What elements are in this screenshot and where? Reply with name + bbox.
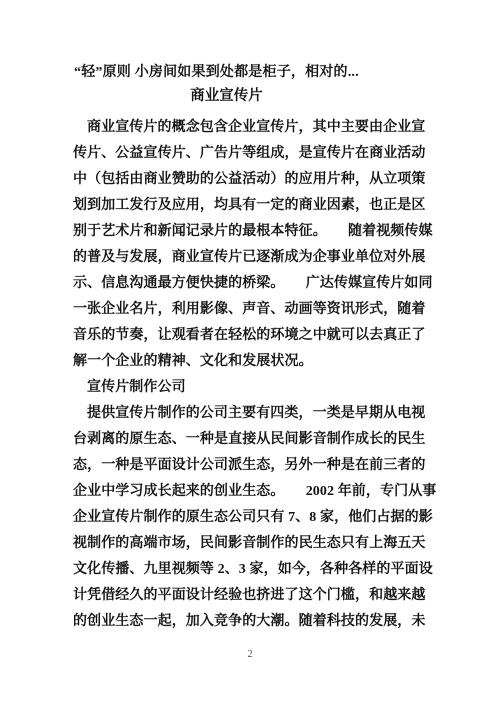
body-line: 台剥离的原生态、一种是直接从民间影音制作成长的民生 (73, 427, 437, 453)
page-number: 2 (0, 649, 500, 660)
paragraph-1: 商业宣传片的概念包含企业宣传片，其中主要由企业宣 传片、公益宣传片、广告片等组成… (73, 115, 437, 375)
body-line: 的普及与发展，商业宣传片已逐渐成为企事业单位对外展 (73, 245, 437, 271)
body-line: 示、信息沟通最方便快捷的桥梁。 广达传媒宣传片如同 (73, 271, 437, 297)
body-line: 态，一种是平面设计公司派生态，另外一种是在前三者的 (73, 453, 437, 479)
body-line: 别于艺术片和新闻记录片的最根本特征。 随着视频传媒 (73, 219, 437, 245)
paragraph-2: 提供宣传片制作的公司主要有四类，一类是早期从电视 台剥离的原生态、一种是直接从民… (73, 401, 437, 635)
document-body: 商业宣传片的概念包含企业宣传片，其中主要由企业宣 传片、公益宣传片、广告片等组成… (73, 115, 437, 635)
body-line: 提供宣传片制作的公司主要有四类，一类是早期从电视 (73, 401, 437, 427)
body-line: 音乐的节奏，让观看者在轻松的环境之中就可以去真正了 (73, 323, 437, 349)
body-line: 企业中学习成长起来的创业生态。 2002 年前，专门从事 (73, 479, 437, 505)
body-line: 中（包括由商业赞助的公益活动）的应用片种，从立项策 (73, 167, 437, 193)
body-line: 一张企业名片，利用影像、声音、动画等资讯形式，随着 (73, 297, 437, 323)
body-line: 视制作的高端市场，民间影音制作的民生态只有上海五天 (73, 531, 437, 557)
body-line: 传片、公益宣传片、广告片等组成，是宣传片在商业活动 (73, 141, 437, 167)
body-line: 商业宣传片的概念包含企业宣传片，其中主要由企业宣 (73, 115, 437, 141)
header-snippet: “轻”原则 小房间如果到处都是柜子，相对的... (74, 61, 454, 81)
body-line: 的创业生态一起，加入竞争的大潮。随着科技的发展，未 (73, 609, 437, 635)
body-line: 计凭借经久的平面设计经验也挤进了这个门槛，和越来越 (73, 583, 437, 609)
section-subheading: 宣传片制作公司 (73, 375, 437, 401)
document-page: “轻”原则 小房间如果到处都是柜子，相对的... 商业宣传片 商业宣传片的概念包… (0, 0, 500, 707)
body-line: 解一个企业的精神、文化和发展状况。 (73, 349, 437, 375)
body-line: 文化传播、九里视频等 2、3 家，如今，各种各样的平面设 (73, 557, 437, 583)
body-line: 企业宣传片制作的原生态公司只有 7、8 家，他们占据的影 (73, 505, 437, 531)
document-title: 商业宣传片 (0, 84, 453, 105)
body-line: 划到加工发行及应用，均具有一定的商业因素，也正是区 (73, 193, 437, 219)
